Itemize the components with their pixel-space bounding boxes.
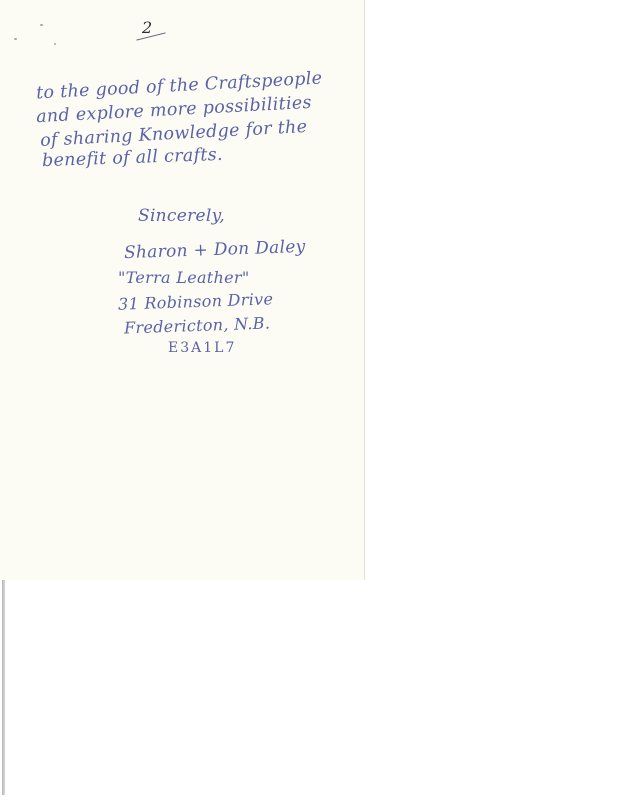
postal-code: E3A1L7 — [168, 340, 236, 356]
address-line-1: 31 Robinson Drive — [118, 289, 274, 313]
scan-edge-line — [2, 580, 5, 795]
paper-speck — [54, 43, 56, 45]
signature: Sharon + Don Daley — [124, 237, 306, 263]
address-line-2: Fredericton, N.B. — [124, 313, 271, 337]
page-number: 2 — [142, 18, 152, 37]
letter-page: 2 to the good of the Craftspeople and ex… — [0, 0, 365, 580]
paper-speck — [40, 24, 43, 26]
closing: Sincerely, — [138, 206, 225, 226]
paper-speck — [14, 38, 17, 40]
business-name: "Terra Leather" — [118, 268, 250, 287]
